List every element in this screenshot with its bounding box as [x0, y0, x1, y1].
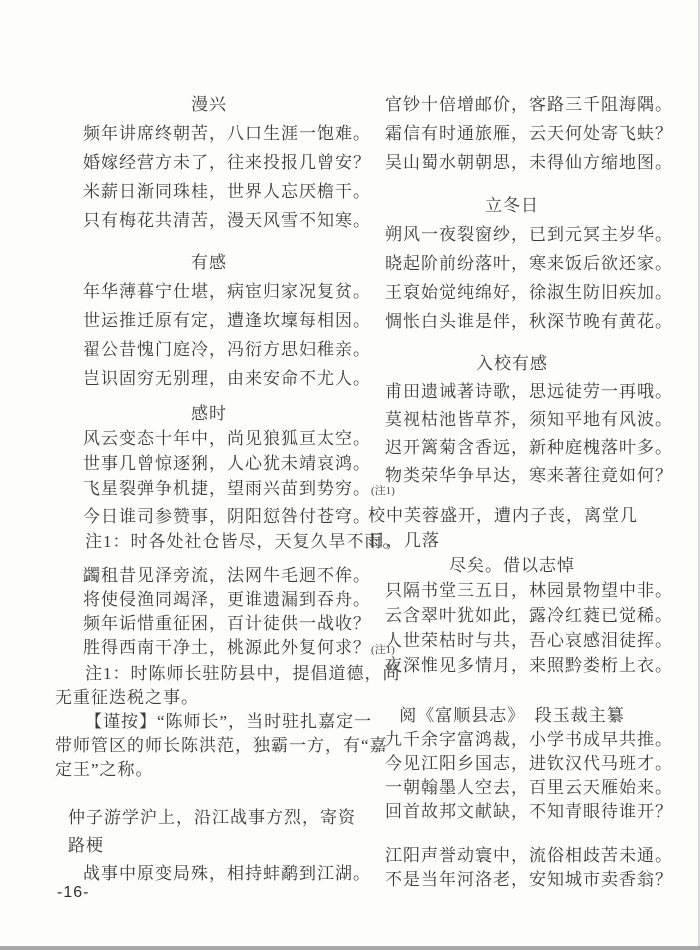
poem-lidongri: 立冬日 朔风一夜裂窗纱，已到元冥主岁华。 晓起阶前纷落叶，寒来饭后欲还家。 王裒… — [368, 191, 656, 336]
poem-fushun: 阅《富顺县志》 段玉裁主纂 九千余字富鸿裁，小学书成早共推。 今见江阳乡国志，进… — [368, 704, 656, 892]
verse-line: 只有梅花共清苦，漫天风雪不知寒。 — [55, 206, 363, 235]
verse-line: 朔风一夜裂窗纱，已到元冥主岁华。 — [368, 220, 656, 249]
verse-line: 频年讲席终朝苦，八口生涯一饱难。 — [55, 119, 363, 148]
verse-line: 江阳声誉动寰中，流俗相歧苦未通。 — [368, 844, 656, 868]
verse-line: 胜得西南干净土，桃源此外复何求？(注1) — [55, 636, 363, 662]
footnote-line: 注1：时各处社仓皆尽，天复久旱不雨。 — [55, 529, 363, 554]
verse-line: 迟开篱菊含香远，新种庭槐落叶多。 — [368, 434, 656, 462]
verse-line: 世运推迁原有定，遭逢坎壈每相因。 — [55, 306, 363, 335]
poem-zhongzi: 仲子游学沪上，沿江战事方烈，寄资路梗 战事中原变局殊，相持蚌鹬到江湖。 — [55, 804, 363, 888]
poem-title: 立冬日 — [368, 191, 656, 220]
verse-line: 频年诟惜重征困，百计徒供一战收？ — [55, 612, 363, 636]
verse-line: 翟公昔愧门庭冷，冯衍方思妇稚亲。 — [55, 335, 363, 364]
verse-line: 蠲租昔见泽旁流，法网牛毛迥不侔。 — [55, 564, 363, 588]
page-edge-shadow-bottom — [0, 946, 700, 950]
verse-line: 今日谁司参赞事，阴阳愆咎付苍穹。 — [55, 504, 363, 529]
poem-ganshi: 感时 风云变态十年中，尚见狼狐亘太空。 世事几曾惊逐猁，人心犹未靖哀鸿。 飞星裂… — [55, 401, 363, 554]
verse-line: 米薪日渐同珠桂，世界人忘厌檐干。 — [55, 177, 363, 206]
poem-manxing: 漫兴 频年讲席终朝苦，八口生涯一饱难。 婚嫁经营方未了，往来投报几曾安？ 米薪日… — [55, 90, 363, 235]
verse-text: 胜得西南干净土，桃源此外复何求？ — [83, 638, 371, 657]
verse-text: 飞星裂弹争机捷，望雨兴苗到势穷。 — [83, 479, 371, 498]
annotation-line: 【谨按】“陈师长”，当时驻扎嘉定一 — [55, 710, 363, 734]
verse-line: 物类荣华争早达，寒来著往竟如何？ — [368, 462, 656, 490]
poem-title: 感时 — [55, 401, 363, 426]
verse-line: 一朝翰墨人空去，百里云天雁始来。 — [368, 776, 656, 800]
poem-ruxiao: 入校有感 甫田遗诫著诗歌，思远徒劳一再哦。 莫视枯池皆草芥，须知平地有风波。 迟… — [368, 350, 656, 490]
right-column: 官钞十倍增邮价，客路三千阻海隅。 霜信有时通旅雁，云天何处寄飞蚨？ 吴山蜀水朝朝… — [368, 90, 656, 892]
verse-line: 只隔书堂三五日，林园景物望中非。 — [368, 578, 656, 603]
verse-line: 战事中原变局殊，相持蚌鹬到江湖。 — [55, 860, 363, 888]
poem-title-line: 尽矣。借以志悼 — [368, 553, 656, 578]
poem-continuation: 官钞十倍增邮价，客路三千阻海隅。 霜信有时通旅雁，云天何处寄飞蚨？ 吴山蜀水朝朝… — [368, 90, 656, 177]
poem-title: 阅《富顺县志》 段玉裁主纂 — [368, 704, 656, 728]
verse-line: 九千余字富鸿裁，小学书成早共推。 — [368, 728, 656, 752]
poem-yougan: 有感 年华薄暮宁仕堪，病宦归家况复贫。 世运推迁原有定，遭逢坎壈每相因。 翟公昔… — [55, 248, 363, 393]
annotation-line: 带师管区的师长陈洪范，独霸一方，有“嘉 — [55, 734, 363, 758]
annotation-line: 定王”之称。 — [55, 758, 363, 782]
verse-line: 今见江阳乡国志，进钦汉代马班才。 — [368, 752, 656, 776]
poem-title: 有感 — [55, 248, 363, 277]
verse-line: 回首故邦文献缺，不知青眼待谁开？ — [368, 800, 656, 824]
verse-line: 不是当年河洛老，安知城市卖香翁？ — [368, 868, 656, 892]
verse-line: 将使侵渔同竭泽，更谁遗漏到吞舟。 — [55, 588, 363, 612]
verse-line: 霜信有时通旅雁，云天何处寄飞蚨？ — [368, 119, 656, 148]
verse-line: 年华薄暮宁仕堪，病宦归家况复贫。 — [55, 277, 363, 306]
footnote-line: 注1：时陈师长驻防县中，提倡道德，尚 — [55, 662, 363, 686]
verse-line: 世事几曾惊逐猁，人心犹未靖哀鸿。 — [55, 451, 363, 476]
poem-juanzu: 蠲租昔见泽旁流，法网牛毛迥不侔。 将使侵渔同竭泽，更谁遗漏到吞舟。 频年诟惜重征… — [55, 564, 363, 782]
footnote-line: 无重征迭税之事。 — [55, 686, 363, 710]
verse-line: 莫视枯池皆草芥，须知平地有风波。 — [368, 406, 656, 434]
verse-line: 甫田遗诫著诗歌，思远徒劳一再哦。 — [368, 378, 656, 406]
verse-line: 婚嫁经营方未了，往来投报几曾安？ — [55, 148, 363, 177]
verse-line: 官钞十倍增邮价，客路三千阻海隅。 — [368, 90, 656, 119]
verse-line: 云含翠叶犹如此，露冷红蕤已觉稀。 — [368, 603, 656, 628]
verse-line: 王裒始觉纯绵好，徐淑生防旧疾加。 — [368, 278, 656, 307]
poem-title: 漫兴 — [55, 90, 363, 119]
book-page: 漫兴 频年讲席终朝苦，八口生涯一饱难。 婚嫁经营方未了，往来投报几曾安？ 米薪日… — [0, 0, 700, 950]
verse-line: 惆怅白头谁是伴，秋深节晚有黄花。 — [368, 307, 656, 336]
verse-line: 岂识固穷无别理，由来安命不尤人。 — [55, 364, 363, 393]
left-column: 漫兴 频年讲席终朝苦，八口生涯一饱难。 婚嫁经营方未了，往来投报几曾安？ 米薪日… — [55, 90, 363, 888]
poem-title-line: 校中芙蓉盛开，遭内子丧，离堂几日，几落 — [368, 503, 656, 553]
verse-line: 风云变态十年中，尚见狼狐亘太空。 — [55, 426, 363, 451]
poem-title: 入校有感 — [368, 350, 656, 378]
verse-line: 吴山蜀水朝朝思，未得仙方缩地图。 — [368, 148, 656, 177]
poem-furong: 校中芙蓉盛开，遭内子丧，离堂几日，几落 尽矣。借以志悼 只隔书堂三五日，林园景物… — [368, 503, 656, 678]
verse-line: 晓起阶前纷落叶，寒来饭后欲还家。 — [368, 249, 656, 278]
verse-line: 人世荣枯时与共，吾心哀感泪徒挥。 — [368, 628, 656, 653]
verse-line: 夜深惟见多情月，来照黔娄桁上衣。 — [368, 653, 656, 678]
verse-line: 飞星裂弹争机捷，望雨兴苗到势穷。(注1) — [55, 476, 363, 504]
page-number: -16- — [57, 884, 89, 902]
poem-title: 仲子游学沪上，沿江战事方烈，寄资路梗 — [55, 804, 363, 860]
second-stanza: 江阳声誉动寰中，流俗相歧苦未通。 不是当年河洛老，安知城市卖香翁？ — [368, 844, 656, 892]
